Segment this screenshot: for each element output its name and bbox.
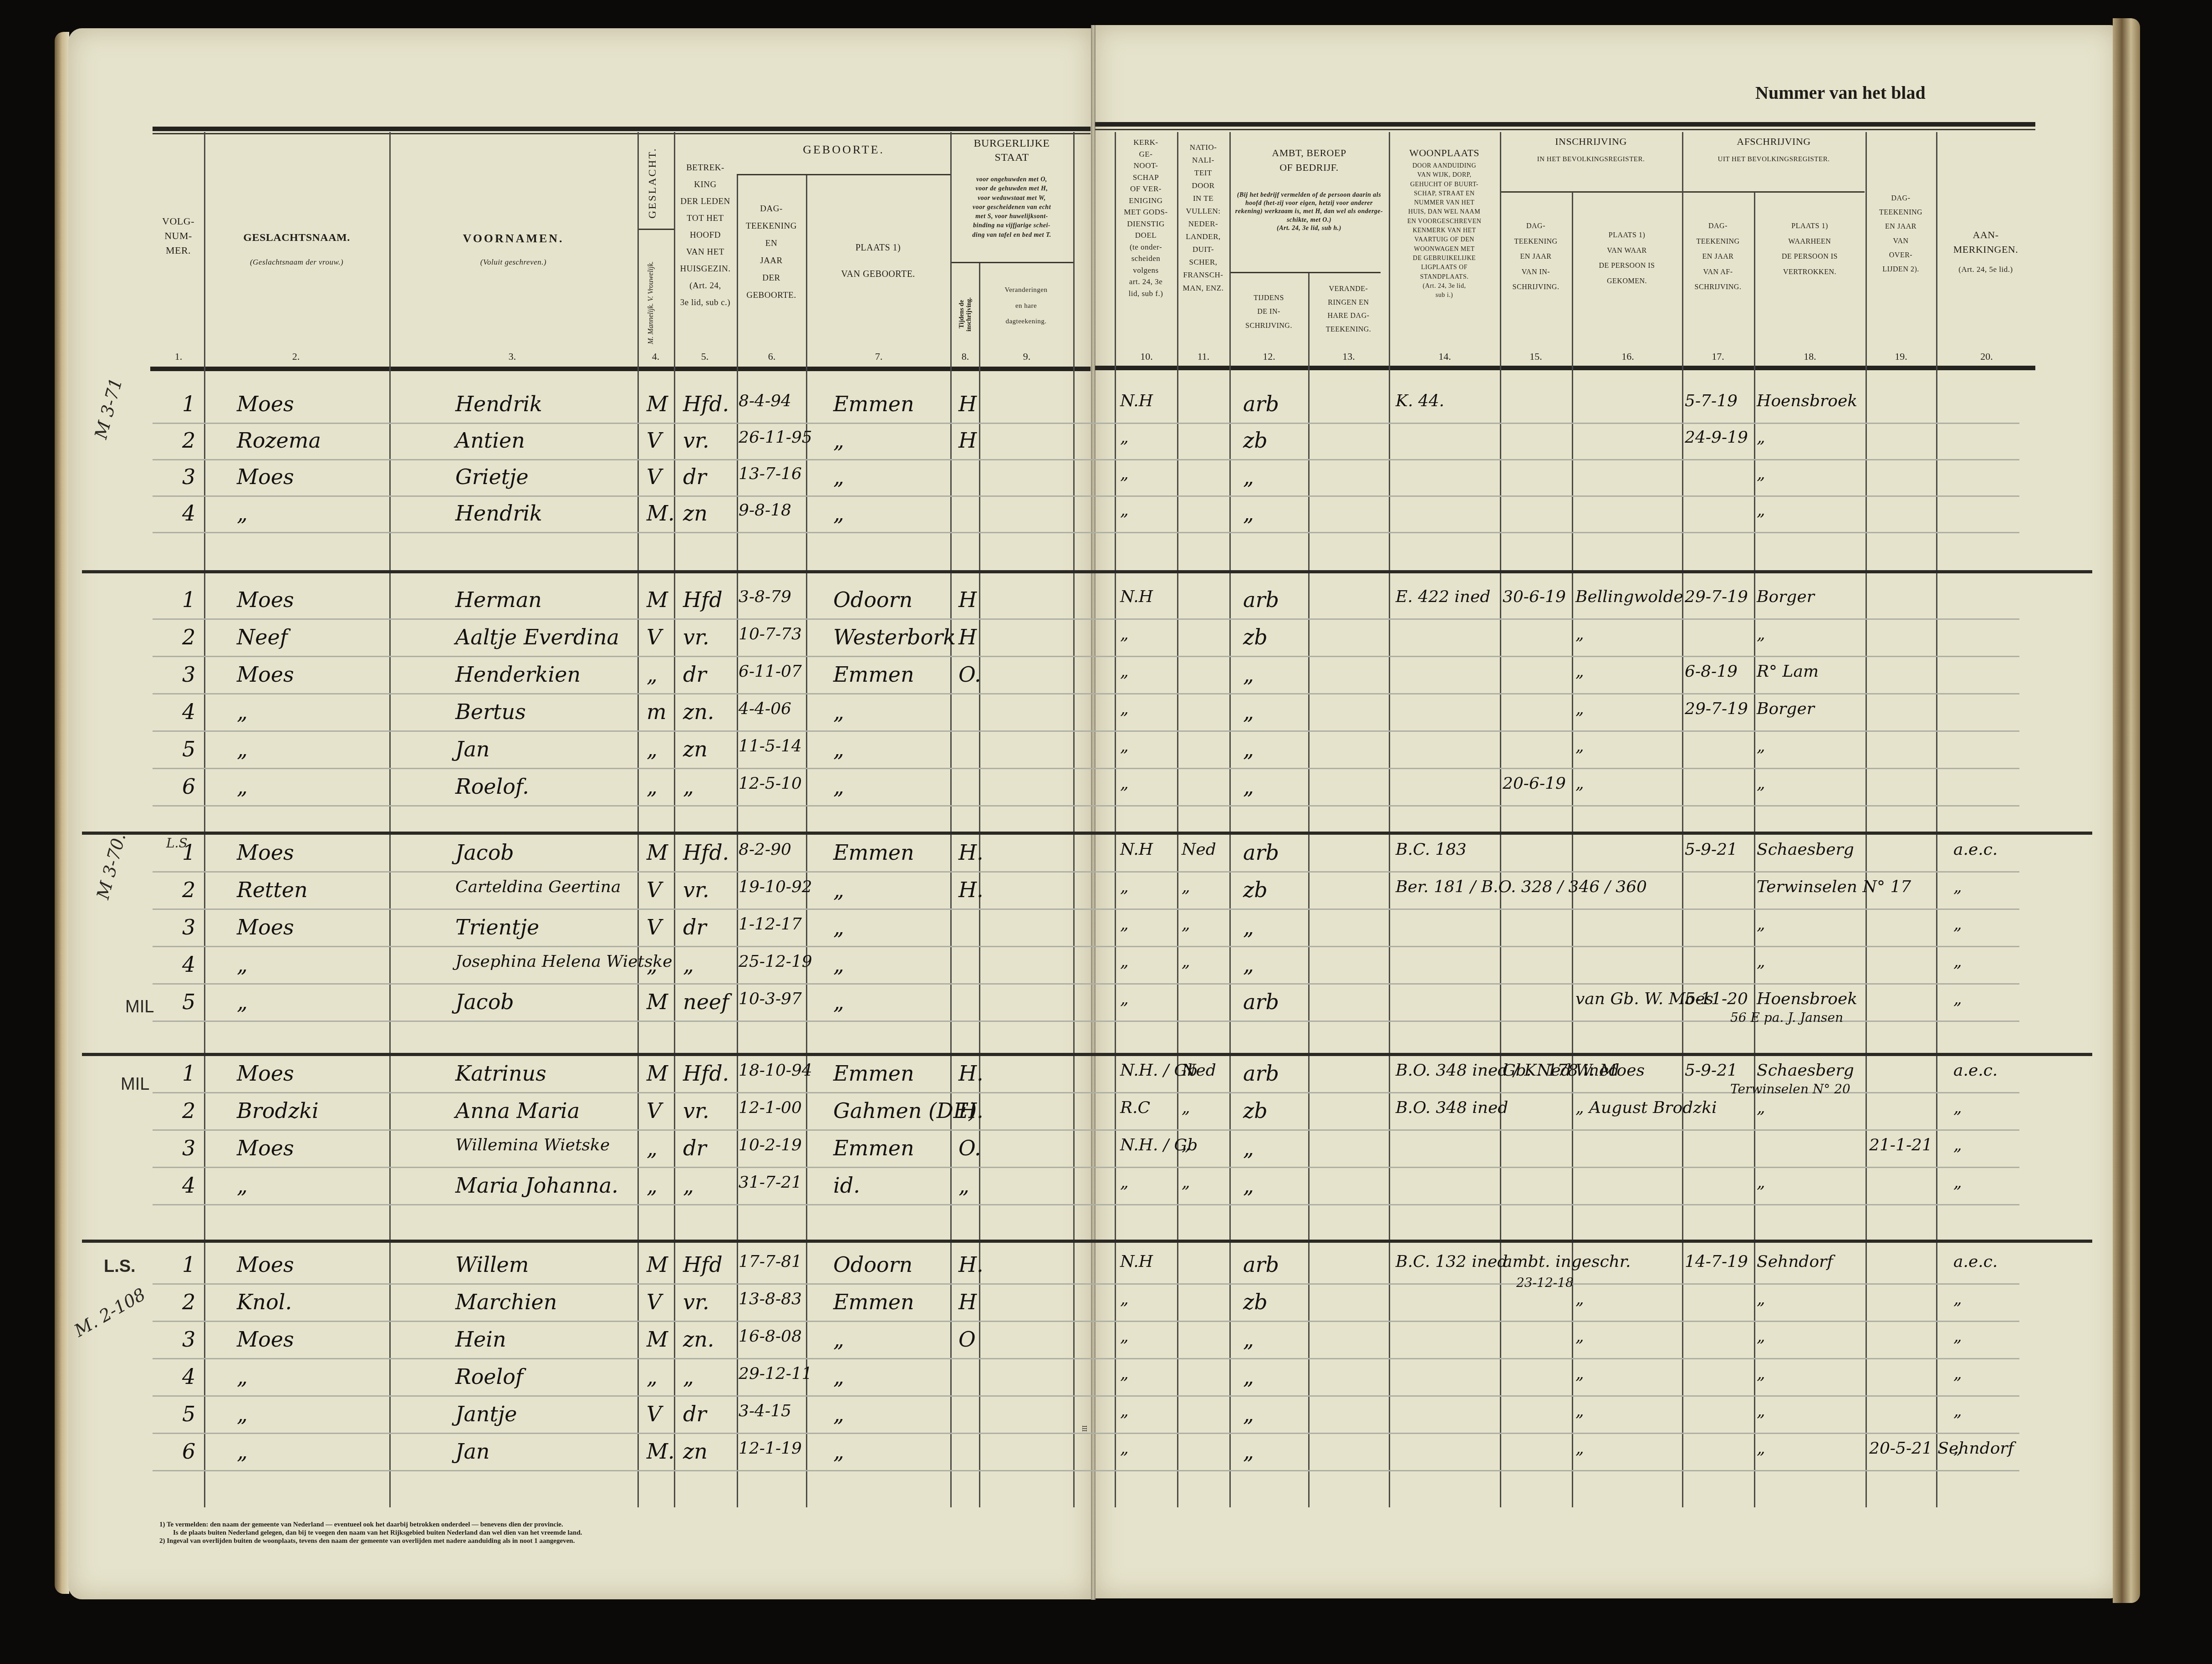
burgerlijke-staat-subrule — [950, 262, 1073, 263]
cell-nr: 4 — [182, 699, 195, 724]
cell-born: 12-5-10 — [739, 774, 802, 793]
col-number: 3. — [499, 351, 526, 362]
cell-place: id. — [833, 1173, 860, 1198]
row-rule — [153, 768, 2019, 769]
cell-church: R.C — [1120, 1098, 1150, 1117]
cell-out-to: „ — [1757, 501, 1765, 520]
col-line — [950, 132, 952, 1507]
cell-nr: 4 — [182, 1173, 195, 1198]
cell-surname: „ — [237, 1173, 248, 1198]
cell-born: 10-2-19 — [739, 1136, 802, 1154]
cell-civil: H — [958, 428, 977, 453]
col-number: 18. — [1796, 351, 1824, 362]
header-col1-line2: NUM- — [153, 229, 204, 243]
cell-note: „ — [1953, 952, 1962, 971]
cell-job: „ — [1243, 501, 1254, 526]
col-line — [1073, 132, 1075, 1507]
header-col2-sub: (Geslachtsnaam der vrouw.) — [204, 257, 389, 267]
row-rule — [153, 618, 2019, 620]
cell-surname: Neef — [237, 625, 288, 649]
footnote-1a: 1) Te vermelden: den naam der gemeente v… — [159, 1521, 563, 1529]
cell-civil: O — [958, 1327, 976, 1352]
col-line — [674, 132, 675, 1507]
cell-res: E. 422 ined — [1396, 587, 1490, 606]
col-number: 8. — [952, 351, 979, 362]
cell-rel: Hfd — [683, 1252, 723, 1277]
cell-nr: 3 — [182, 1136, 195, 1160]
cell-job: arb — [1243, 587, 1279, 612]
cell-out-to: „ — [1757, 464, 1765, 483]
cell-given: Jan — [455, 1439, 490, 1464]
cell-church: „ — [1120, 662, 1129, 681]
cell-place: „ — [833, 915, 844, 939]
col-number: 16. — [1614, 351, 1641, 362]
cell-nat: „ — [1182, 915, 1190, 934]
cell-place: „ — [833, 878, 844, 902]
cell-out-to: Borger — [1757, 699, 1814, 718]
cell-out-date: 5-11-20 — [1685, 990, 1748, 1008]
cell-note: a.e.c. — [1953, 1252, 1998, 1271]
header-group-geboorte: GEBOORTE. — [737, 141, 951, 158]
cell-given: Roelof. — [455, 774, 529, 799]
sheet-number-label: Nummer van het blad — [1755, 82, 1926, 103]
col-number: 14. — [1431, 351, 1458, 362]
cell-rel: dr — [683, 1136, 706, 1160]
cell-nr: 1 — [182, 1061, 195, 1086]
cell-surname: „ — [237, 1439, 248, 1464]
cell-nr: 2 — [182, 1098, 195, 1123]
cell-in-from: Bellingwolde. — [1575, 587, 1688, 606]
row-rule — [153, 459, 2019, 460]
household-divider — [82, 1240, 2092, 1243]
cell-job: „ — [1243, 915, 1254, 939]
cell-note: „ — [1953, 990, 1962, 1008]
cell-civil: H. — [958, 1098, 984, 1123]
col-line — [1389, 132, 1390, 1507]
cell-born: 4-4-06 — [739, 699, 791, 718]
header-col10: KERK- GE- NOOT- SCHAP OF VER- ENIGING ME… — [1115, 137, 1177, 299]
cell-surname: Moes — [237, 587, 294, 612]
cell-job: zb — [1243, 1290, 1268, 1314]
row-rule — [153, 1204, 2019, 1205]
cell-out-date: 5-9-21 — [1685, 1061, 1738, 1080]
cell-born: 10-7-73 — [739, 625, 802, 643]
cell-surname: Moes — [237, 662, 294, 687]
row-rule — [153, 1470, 2019, 1471]
margin-note-ls: L.S. — [104, 1257, 136, 1276]
cell-church: „ — [1120, 1327, 1129, 1346]
header-col8: Tijdens de inschrijving. — [958, 282, 973, 346]
cell-given: Herman — [455, 587, 542, 612]
cell-sex: M — [647, 392, 668, 416]
cell-res: B.C. 183 — [1396, 840, 1467, 859]
margin-mil: MIL — [121, 1075, 149, 1094]
col-line — [637, 132, 639, 1507]
cell-place: „ — [833, 990, 844, 1014]
cell-surname: „ — [237, 501, 248, 526]
cell-rel: „ — [683, 774, 694, 799]
cell-job: arb — [1243, 990, 1279, 1014]
cell-rel: zn. — [683, 699, 714, 724]
header-afschrijving-sub: UIT HET BEVOLKINGSREGISTER. — [1682, 155, 1865, 165]
header-ambt-note: (Bij het bedrijf vermelden of de persoon… — [1234, 191, 1384, 233]
row-rule — [153, 1321, 2019, 1322]
cell-born: 12-1-00 — [739, 1098, 802, 1117]
header-col2-title: GESLACHTSNAAM. — [204, 230, 389, 246]
header-top-thin-left — [153, 133, 1091, 134]
cell-in-from: „ — [1575, 1439, 1584, 1458]
cell-in-date: Gb. Ned — [1503, 1061, 1571, 1080]
col-line — [1115, 132, 1116, 1507]
col-number: 2. — [282, 351, 310, 362]
cell-given: Carteldina Geertina — [455, 878, 621, 896]
header-group-afschrijving: AFSCHRIJVING — [1682, 134, 1865, 149]
cell-place: „ — [833, 1327, 844, 1352]
cell-out-to: „ — [1757, 1327, 1765, 1346]
cell-nr: 3 — [182, 915, 195, 939]
cell-job: „ — [1243, 1327, 1254, 1352]
row-rule — [153, 693, 2019, 694]
col-number: 15. — [1522, 351, 1549, 362]
cell-out-to: „ — [1757, 625, 1765, 643]
cell-civil: H — [958, 1290, 977, 1314]
cell-born: 29-12-11 — [739, 1364, 812, 1383]
cell-church: „ — [1120, 1364, 1129, 1383]
cell-sex: V — [647, 625, 662, 649]
cell-surname: „ — [237, 774, 248, 799]
cell-job: arb — [1243, 392, 1279, 416]
cell-rel: zn — [683, 1439, 708, 1464]
cell-surname: „ — [237, 699, 248, 724]
header-col7: PLAATS 1) VAN GEBOORTE. — [806, 241, 950, 281]
cell-born: 13-7-16 — [739, 464, 802, 483]
header-col4-sub: M. Mannelijk. V. Vrouwelijk. — [647, 255, 656, 351]
cell-surname: Moes — [237, 840, 294, 865]
cell-place: Odoorn — [833, 1252, 912, 1277]
cell-sex: M — [647, 1252, 668, 1277]
cell-out-date: 5-9-21 — [1685, 840, 1738, 859]
row-rule — [153, 983, 2019, 985]
header-bs-legend: voor ongehuwden met O, voor de gehuwden … — [950, 175, 1073, 240]
cell-civil: H. — [958, 1061, 984, 1086]
header-col11: NATIO- NALI- TEIT DOOR IN TE VULLEN: NED… — [1177, 141, 1229, 295]
cell-place: Emmen — [833, 662, 914, 687]
cell-job: arb — [1243, 840, 1279, 865]
cell-place: Gahmen (DE) — [833, 1098, 977, 1123]
margin-mil: MIL — [125, 997, 154, 1017]
cell-given: Jacob — [455, 840, 514, 865]
cell-given: Willem — [455, 1252, 529, 1277]
cell-surname: Moes — [237, 915, 294, 939]
cell-nr: 4 — [182, 501, 195, 526]
col-line — [204, 132, 205, 1507]
cell-place: Emmen — [833, 1061, 914, 1086]
cell-out-date: 6-8-19 — [1685, 662, 1738, 681]
cell-rel: dr — [683, 1402, 706, 1426]
cell-given: Katrinus — [455, 1061, 546, 1086]
cell-sex: M — [647, 840, 668, 865]
cell-out-to: Schaesberg — [1757, 840, 1854, 859]
cell-given: Hendrik — [455, 501, 542, 526]
header-col19: DAG- TEEKENING EN JAAR VAN OVER- LIJDEN … — [1865, 191, 1936, 276]
cell-given: Trientje — [455, 915, 539, 939]
cell-out-to: Hoensbroek — [1757, 990, 1857, 1008]
cell-place: Emmen — [833, 840, 914, 865]
row-rule — [153, 1167, 2019, 1168]
cell-out-to-detail: 56 E pa. J. Jansen — [1730, 1010, 1843, 1025]
cell-sex: V — [647, 1290, 662, 1314]
col-number: 17. — [1704, 351, 1732, 362]
cell-nr: 3 — [182, 1327, 195, 1352]
cell-given: Marchien — [455, 1290, 557, 1314]
cell-nr: 4 — [182, 952, 195, 977]
cell-note: „ — [1953, 1136, 1962, 1154]
row-rule — [153, 730, 2019, 732]
cell-born: 16-8-08 — [739, 1327, 802, 1346]
cell-place: „ — [833, 1402, 844, 1426]
cell-note: „ — [1953, 915, 1962, 934]
cell-place: „ — [833, 774, 844, 799]
cell-out-date: 29-7-19 — [1685, 587, 1748, 606]
gutter-mark: III — [1080, 1425, 1087, 1432]
cell-rel: zn — [683, 501, 708, 526]
cell-surname: Retten — [237, 878, 308, 902]
cell-out-to-detail: Terwinselen N° 20 — [1730, 1082, 1850, 1097]
header-col1-line3: MER. — [153, 243, 204, 258]
col-number: 1. — [165, 351, 192, 362]
cell-church: „ — [1120, 1173, 1129, 1192]
geslacht-subrule — [637, 229, 674, 230]
cell-given: Grietje — [455, 464, 529, 489]
cell-surname: „ — [237, 952, 248, 977]
cell-nr: 6 — [182, 774, 195, 799]
cell-born: 17-7-81 — [739, 1252, 802, 1271]
cell-rel: dr — [683, 915, 706, 939]
cell-nr: 4 — [182, 1364, 195, 1389]
header-col18: PLAATS 1) WAARHEEN DE PERSOON IS VERTROK… — [1754, 219, 1865, 280]
cell-out-to: „ — [1757, 1364, 1765, 1383]
household-divider — [82, 832, 2092, 835]
cell-in-from: „ — [1575, 1402, 1584, 1420]
cell-out-to: „ — [1757, 1290, 1765, 1308]
cell-given: Hendrik — [455, 392, 542, 416]
cell-in-from: „ — [1575, 625, 1584, 643]
header-group-burgerlijke-staat: BURGERLIJKE STAAT — [950, 137, 1073, 165]
cell-born: 3-4-15 — [739, 1402, 791, 1420]
cell-job: zb — [1243, 878, 1268, 902]
cell-rel: vr. — [683, 1098, 709, 1123]
cell-sex: V — [647, 1098, 662, 1123]
col-number: 11. — [1190, 351, 1217, 362]
cell-place: Westerbork — [833, 625, 956, 649]
header-col15: DAG- TEEKENING EN JAAR VAN IN- SCHRIJVIN… — [1500, 219, 1572, 295]
book-spine — [1091, 25, 1096, 1600]
cell-surname: Knol. — [237, 1290, 292, 1314]
col-line — [1177, 132, 1178, 1507]
cell-place: „ — [833, 428, 844, 453]
cell-nr: 3 — [182, 464, 195, 489]
cell-surname: „ — [237, 1402, 248, 1426]
cell-out-to: „ — [1757, 428, 1765, 447]
cell-born: 1-12-17 — [739, 915, 802, 934]
row-rule — [153, 1395, 2019, 1397]
col-line — [1936, 132, 1937, 1507]
cell-rel: Hfd — [683, 587, 723, 612]
cell-rel: Hfd. — [683, 840, 729, 865]
row-rule — [153, 805, 2019, 806]
cell-nr: 1 — [182, 587, 195, 612]
cell-sex: „ — [647, 1364, 657, 1389]
header-top-thin-right — [1095, 129, 2035, 130]
cell-rel: „ — [683, 1173, 694, 1198]
cell-civil: O. — [958, 662, 981, 687]
col-line — [1682, 132, 1683, 1507]
cell-sex: V — [647, 464, 662, 489]
row-rule — [153, 1283, 2019, 1285]
header-col9: Veranderingen en hare dagteekening. — [979, 282, 1073, 330]
cell-place: „ — [833, 501, 844, 526]
cell-given: Jantje — [455, 1402, 517, 1426]
cell-church: „ — [1120, 464, 1129, 483]
cell-sex: M — [647, 990, 668, 1014]
cell-nat: „ — [1182, 1173, 1190, 1192]
cell-born: 26-11-95 — [739, 428, 812, 447]
cell-job: „ — [1243, 699, 1254, 724]
cell-in-date-detail: 23-12-18 — [1516, 1275, 1574, 1290]
header-top-rule-right — [1095, 122, 2035, 127]
cell-given: Hein — [455, 1327, 506, 1352]
cell-rel: „ — [683, 1364, 694, 1389]
cell-out-date: 14-7-19 — [1685, 1252, 1748, 1271]
cell-job: „ — [1243, 1364, 1254, 1389]
header-col14-title: WOONPLAATS — [1389, 146, 1500, 160]
header-col17: DAG- TEEKENING EN JAAR VAN AF- SCHRIJVIN… — [1682, 219, 1754, 295]
cell-sex: V — [647, 1402, 662, 1426]
cell-res: B.O. 348 ined — [1396, 1098, 1508, 1117]
cell-out-to: Hoensbroek — [1757, 392, 1857, 410]
cell-out-to: Schaesberg — [1757, 1061, 1854, 1080]
cell-civil: H. — [958, 878, 984, 902]
cell-job: zb — [1243, 1098, 1268, 1123]
cell-sex: m — [647, 699, 667, 724]
cell-nat: „ — [1182, 1098, 1190, 1117]
cell-born: 8-4-94 — [739, 392, 791, 410]
cell-nr: 1 — [182, 1252, 195, 1277]
cell-sex: „ — [647, 1173, 657, 1198]
col-number: 9. — [1013, 351, 1040, 362]
cell-out-to: Terwinselen N° 17 — [1757, 878, 1911, 896]
header-col1: VOLG- NUM- MER. — [153, 214, 204, 258]
cell-given: Anna Maria — [455, 1098, 580, 1123]
row-rule — [153, 871, 2019, 873]
cell-out-to: „ — [1757, 737, 1765, 755]
cell-note: „ — [1953, 1327, 1962, 1346]
cell-in-from: „ August Brodzki — [1575, 1098, 1717, 1117]
cell-note: „ — [1953, 1364, 1962, 1383]
cell-surname: Moes — [237, 1136, 294, 1160]
cell-sex: V — [647, 428, 662, 453]
cell-in-from: „ — [1575, 737, 1584, 755]
cell-civil: „ — [958, 1173, 969, 1198]
cell-place: „ — [833, 464, 844, 489]
cell-note: a.e.c. — [1953, 1061, 1998, 1080]
cell-given: Antien — [455, 428, 525, 453]
header-col6: DAG- TEEKENING EN JAAR DER GEBOORTE. — [737, 200, 806, 304]
cell-in-date: 30-6-19 — [1503, 587, 1566, 606]
header-col3-title: VOORNAMEN. — [389, 230, 637, 247]
cell-civil: O. — [958, 1136, 981, 1160]
cell-note: „ — [1953, 1290, 1962, 1308]
cell-out-to: „ — [1757, 915, 1765, 934]
cell-surname: „ — [237, 1364, 248, 1389]
cell-job: arb — [1243, 1252, 1279, 1277]
col-number: 6. — [758, 351, 785, 362]
cell-in-from: „ — [1575, 1290, 1584, 1308]
header-col1-line1: VOLG- — [153, 214, 204, 229]
col-number: 20. — [1973, 351, 2000, 362]
col-line — [1500, 132, 1501, 1507]
cell-born: 10-3-97 — [739, 990, 802, 1008]
cell-given: Jacob — [455, 990, 514, 1014]
header-col20-sub: (Art. 24, 5e lid.) — [1936, 264, 2035, 276]
geboorte-subrule — [737, 174, 951, 175]
cell-born: 18-10-94 — [739, 1061, 812, 1080]
cell-out-to: Borger — [1757, 587, 1814, 606]
cell-nr: 5 — [182, 990, 195, 1014]
cell-out-to: „ — [1757, 1098, 1765, 1117]
cell-sex: „ — [647, 662, 657, 687]
row-rule — [153, 909, 2019, 910]
cell-surname: „ — [237, 990, 248, 1014]
cell-nr: 5 — [182, 737, 195, 761]
cell-in-from: „ — [1575, 662, 1584, 681]
cell-sex: M — [647, 1327, 668, 1352]
cell-note: „ — [1953, 1098, 1962, 1117]
header-group-ambt: AMBT, BEROEP OF BEDRIJF. — [1229, 146, 1389, 175]
cell-church: N.H — [1120, 392, 1153, 410]
cell-church: „ — [1120, 1439, 1129, 1458]
cell-church: „ — [1120, 878, 1129, 896]
cell-rel: Hfd. — [683, 392, 729, 416]
household-divider — [82, 1053, 2092, 1056]
cell-given: Jan — [455, 737, 490, 761]
cell-job: „ — [1243, 774, 1254, 799]
cell-church: „ — [1120, 952, 1129, 971]
header-top-rule-left — [153, 127, 1091, 131]
cell-place: „ — [833, 1364, 844, 1389]
cell-out-to: „ — [1757, 774, 1765, 793]
cell-place: „ — [833, 1439, 844, 1464]
cell-job: „ — [1243, 464, 1254, 489]
book-left-edge — [55, 32, 69, 1594]
cell-surname: Moes — [237, 392, 294, 416]
cell-nr: 2 — [182, 428, 195, 453]
cell-nr: 2 — [182, 625, 195, 649]
cell-place: Emmen — [833, 392, 914, 416]
cell-sex: „ — [647, 1136, 657, 1160]
cell-nat: „ — [1182, 878, 1190, 896]
household-divider — [82, 570, 2092, 573]
cell-rel: neef — [683, 990, 729, 1014]
col-line — [1308, 273, 1310, 1507]
cell-job: zb — [1243, 625, 1268, 649]
cell-place: „ — [833, 699, 844, 724]
ambt-subrule — [1229, 272, 1381, 273]
cell-sex: „ — [647, 952, 657, 977]
cell-born: 9-8-18 — [739, 501, 791, 520]
row-rule — [153, 1433, 2019, 1434]
cell-sex: M. — [647, 1439, 675, 1464]
